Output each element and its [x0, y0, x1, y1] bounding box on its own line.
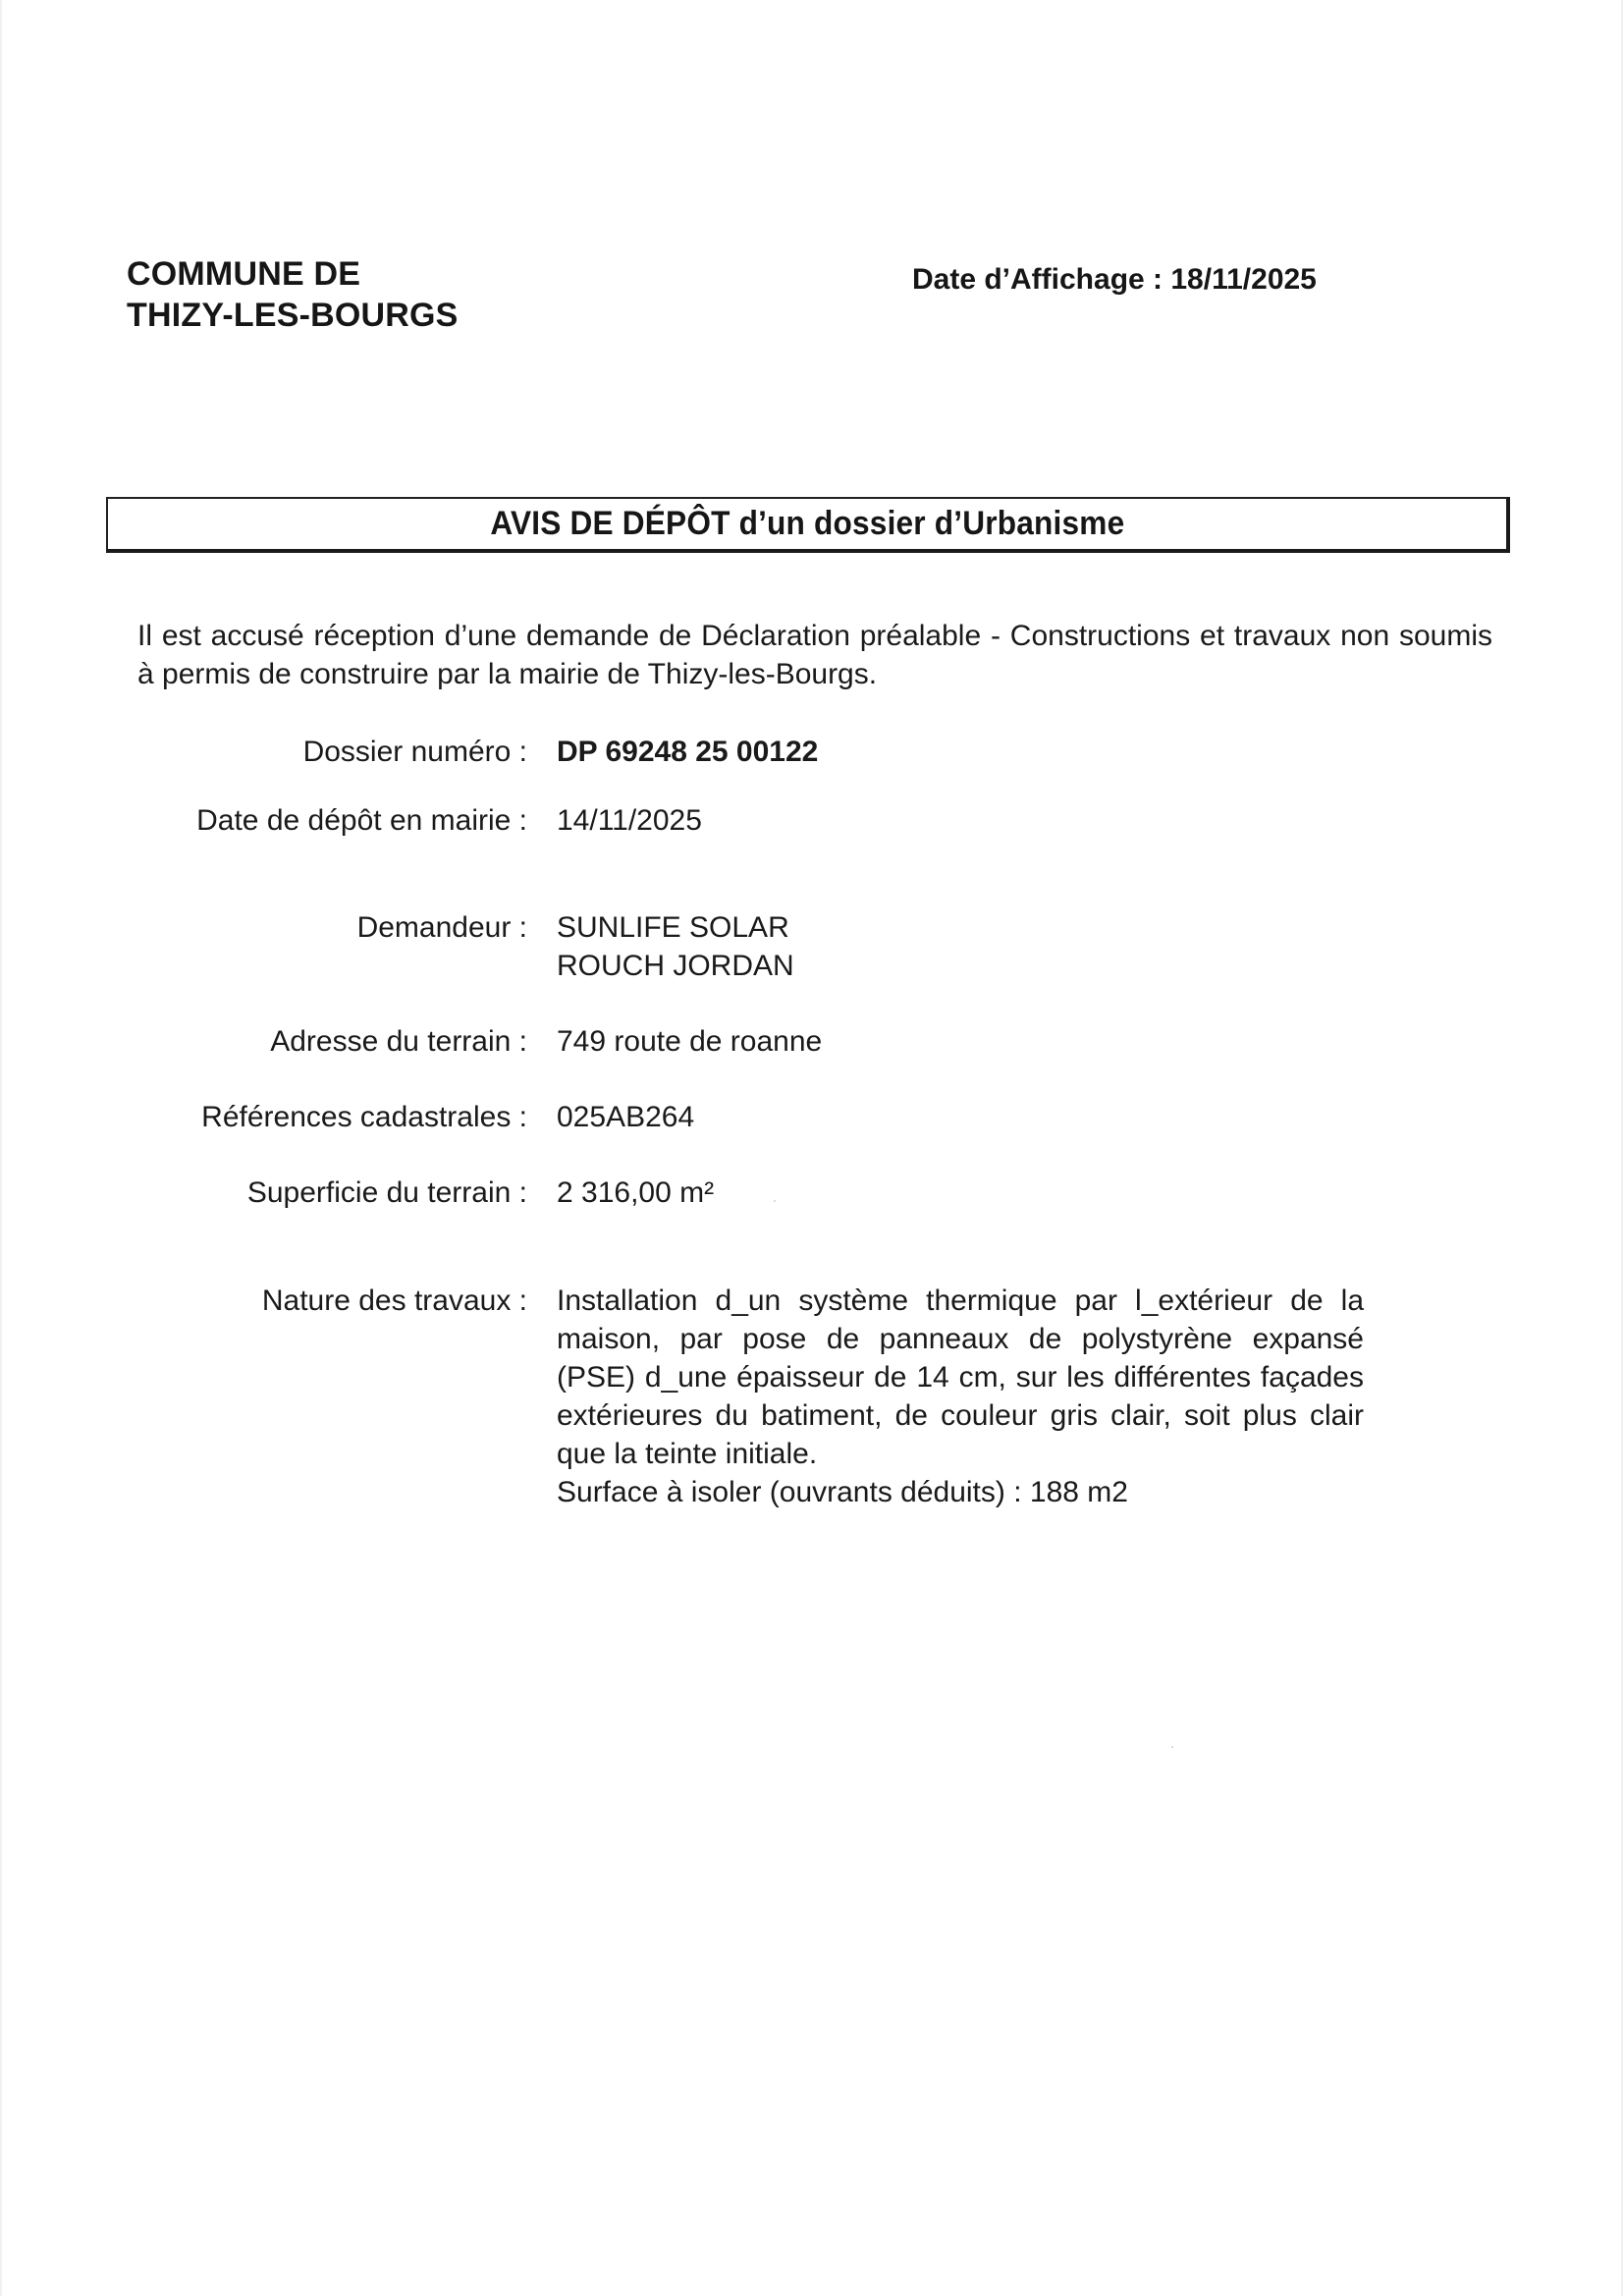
scan-left-edge [0, 0, 2, 2296]
adresse-value: 749 route de roanne [557, 1022, 822, 1061]
field-label: Superficie du terrain : [247, 1174, 527, 1212]
field-label: Références cadastrales : [201, 1098, 527, 1136]
nature-description: Installation d_un système thermique par … [557, 1282, 1364, 1473]
field-label: Date de dépôt en mairie : [196, 801, 527, 840]
references-value: 025AB264 [557, 1098, 694, 1136]
commune-header: COMMUNE DE THIZY-LES-BOURGS [127, 253, 459, 336]
demandeur-value: SUNLIFE SOLAR ROUCH JORDAN [557, 908, 794, 985]
field-label: Nature des travaux : [262, 1282, 527, 1320]
superficie-value: 2 316,00 m² [557, 1174, 714, 1212]
demandeur-line-2: ROUCH JORDAN [557, 947, 794, 985]
commune-line-2: THIZY-LES-BOURGS [127, 295, 459, 336]
date-affichage-value: 18/11/2025 [1170, 263, 1317, 296]
field-label: Demandeur : [357, 908, 527, 947]
commune-line-1: COMMUNE DE [127, 253, 459, 295]
nature-travaux-value: Installation d_un système thermique par … [557, 1282, 1364, 1511]
field-label: Dossier numéro : [303, 733, 527, 771]
date-depot-value: 14/11/2025 [557, 801, 702, 840]
title-box: AVIS DE DÉPÔT d’un dossier d’Urbanisme [106, 497, 1510, 553]
nature-surface: Surface à isoler (ouvrants déduits) : 18… [557, 1473, 1364, 1511]
scan-speck [774, 1200, 776, 1202]
date-affichage-label: Date d’Affichage : [912, 263, 1163, 296]
scan-speck [1171, 1746, 1173, 1748]
demandeur-line-1: SUNLIFE SOLAR [557, 908, 794, 947]
dossier-number-value: DP 69248 25 00122 [557, 733, 818, 771]
document-title: AVIS DE DÉPÔT d’un dossier d’Urbanisme [490, 505, 1124, 543]
date-affichage: Date d’Affichage : 18/11/2025 [912, 260, 1317, 300]
field-label: Adresse du terrain : [270, 1022, 527, 1061]
intro-paragraph: Il est accusé réception d’une demande de… [137, 617, 1492, 693]
